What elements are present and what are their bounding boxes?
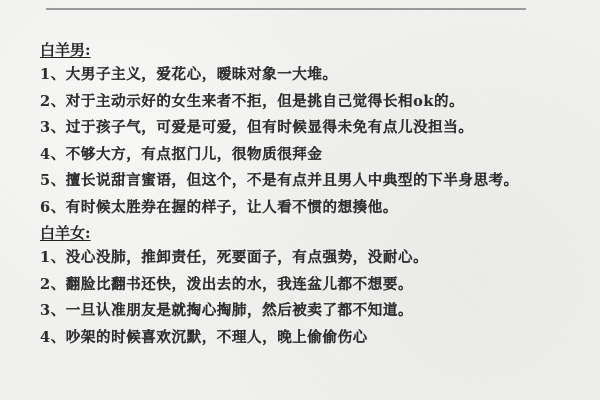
list-item: 3、过于孩子气，可爱是可爱，但有时候显得未免有点儿没担当。 (40, 115, 540, 142)
section-title: 白羊女: (40, 221, 540, 245)
section-title: 白羊男: (40, 38, 540, 62)
list-item: 3、一旦认准朋友是就掏心掏肺，然后被卖了都不知道。 (40, 298, 540, 325)
section-aries-female: 白羊女: 1、没心没肺，推卸责任，死要面子，有点强势，没耐心。 2、翻脸比翻书还… (40, 221, 540, 351)
list-item: 2、对于主动示好的女生来者不拒，但是挑自己觉得长相ok的。 (40, 89, 540, 116)
top-divider (46, 8, 526, 10)
section-aries-male: 白羊男: 1、大男子主义，爱花心，暧昧对象一大堆。 2、对于主动示好的女生来者不… (40, 38, 540, 221)
list-item: 4、吵架的时候喜欢沉默，不理人，晚上偷偷伤心 (40, 325, 540, 352)
list-item: 4、不够大方，有点抠门儿，很物质很拜金 (40, 142, 540, 169)
list-item: 1、没心没肺，推卸责任，死要面子，有点强势，没耐心。 (40, 245, 540, 272)
list-item: 6、有时候太胜券在握的样子，让人看不惯的想揍他。 (40, 195, 540, 222)
document-body: 白羊男: 1、大男子主义，爱花心，暧昧对象一大堆。 2、对于主动示好的女生来者不… (40, 38, 540, 351)
list-item: 2、翻脸比翻书还快，泼出去的水，我连盆儿都不想要。 (40, 272, 540, 299)
list-item: 5、擅长说甜言蜜语，但这个，不是有点并且男人中典型的下半身思考。 (40, 168, 540, 195)
list-item: 1、大男子主义，爱花心，暧昧对象一大堆。 (40, 62, 540, 89)
